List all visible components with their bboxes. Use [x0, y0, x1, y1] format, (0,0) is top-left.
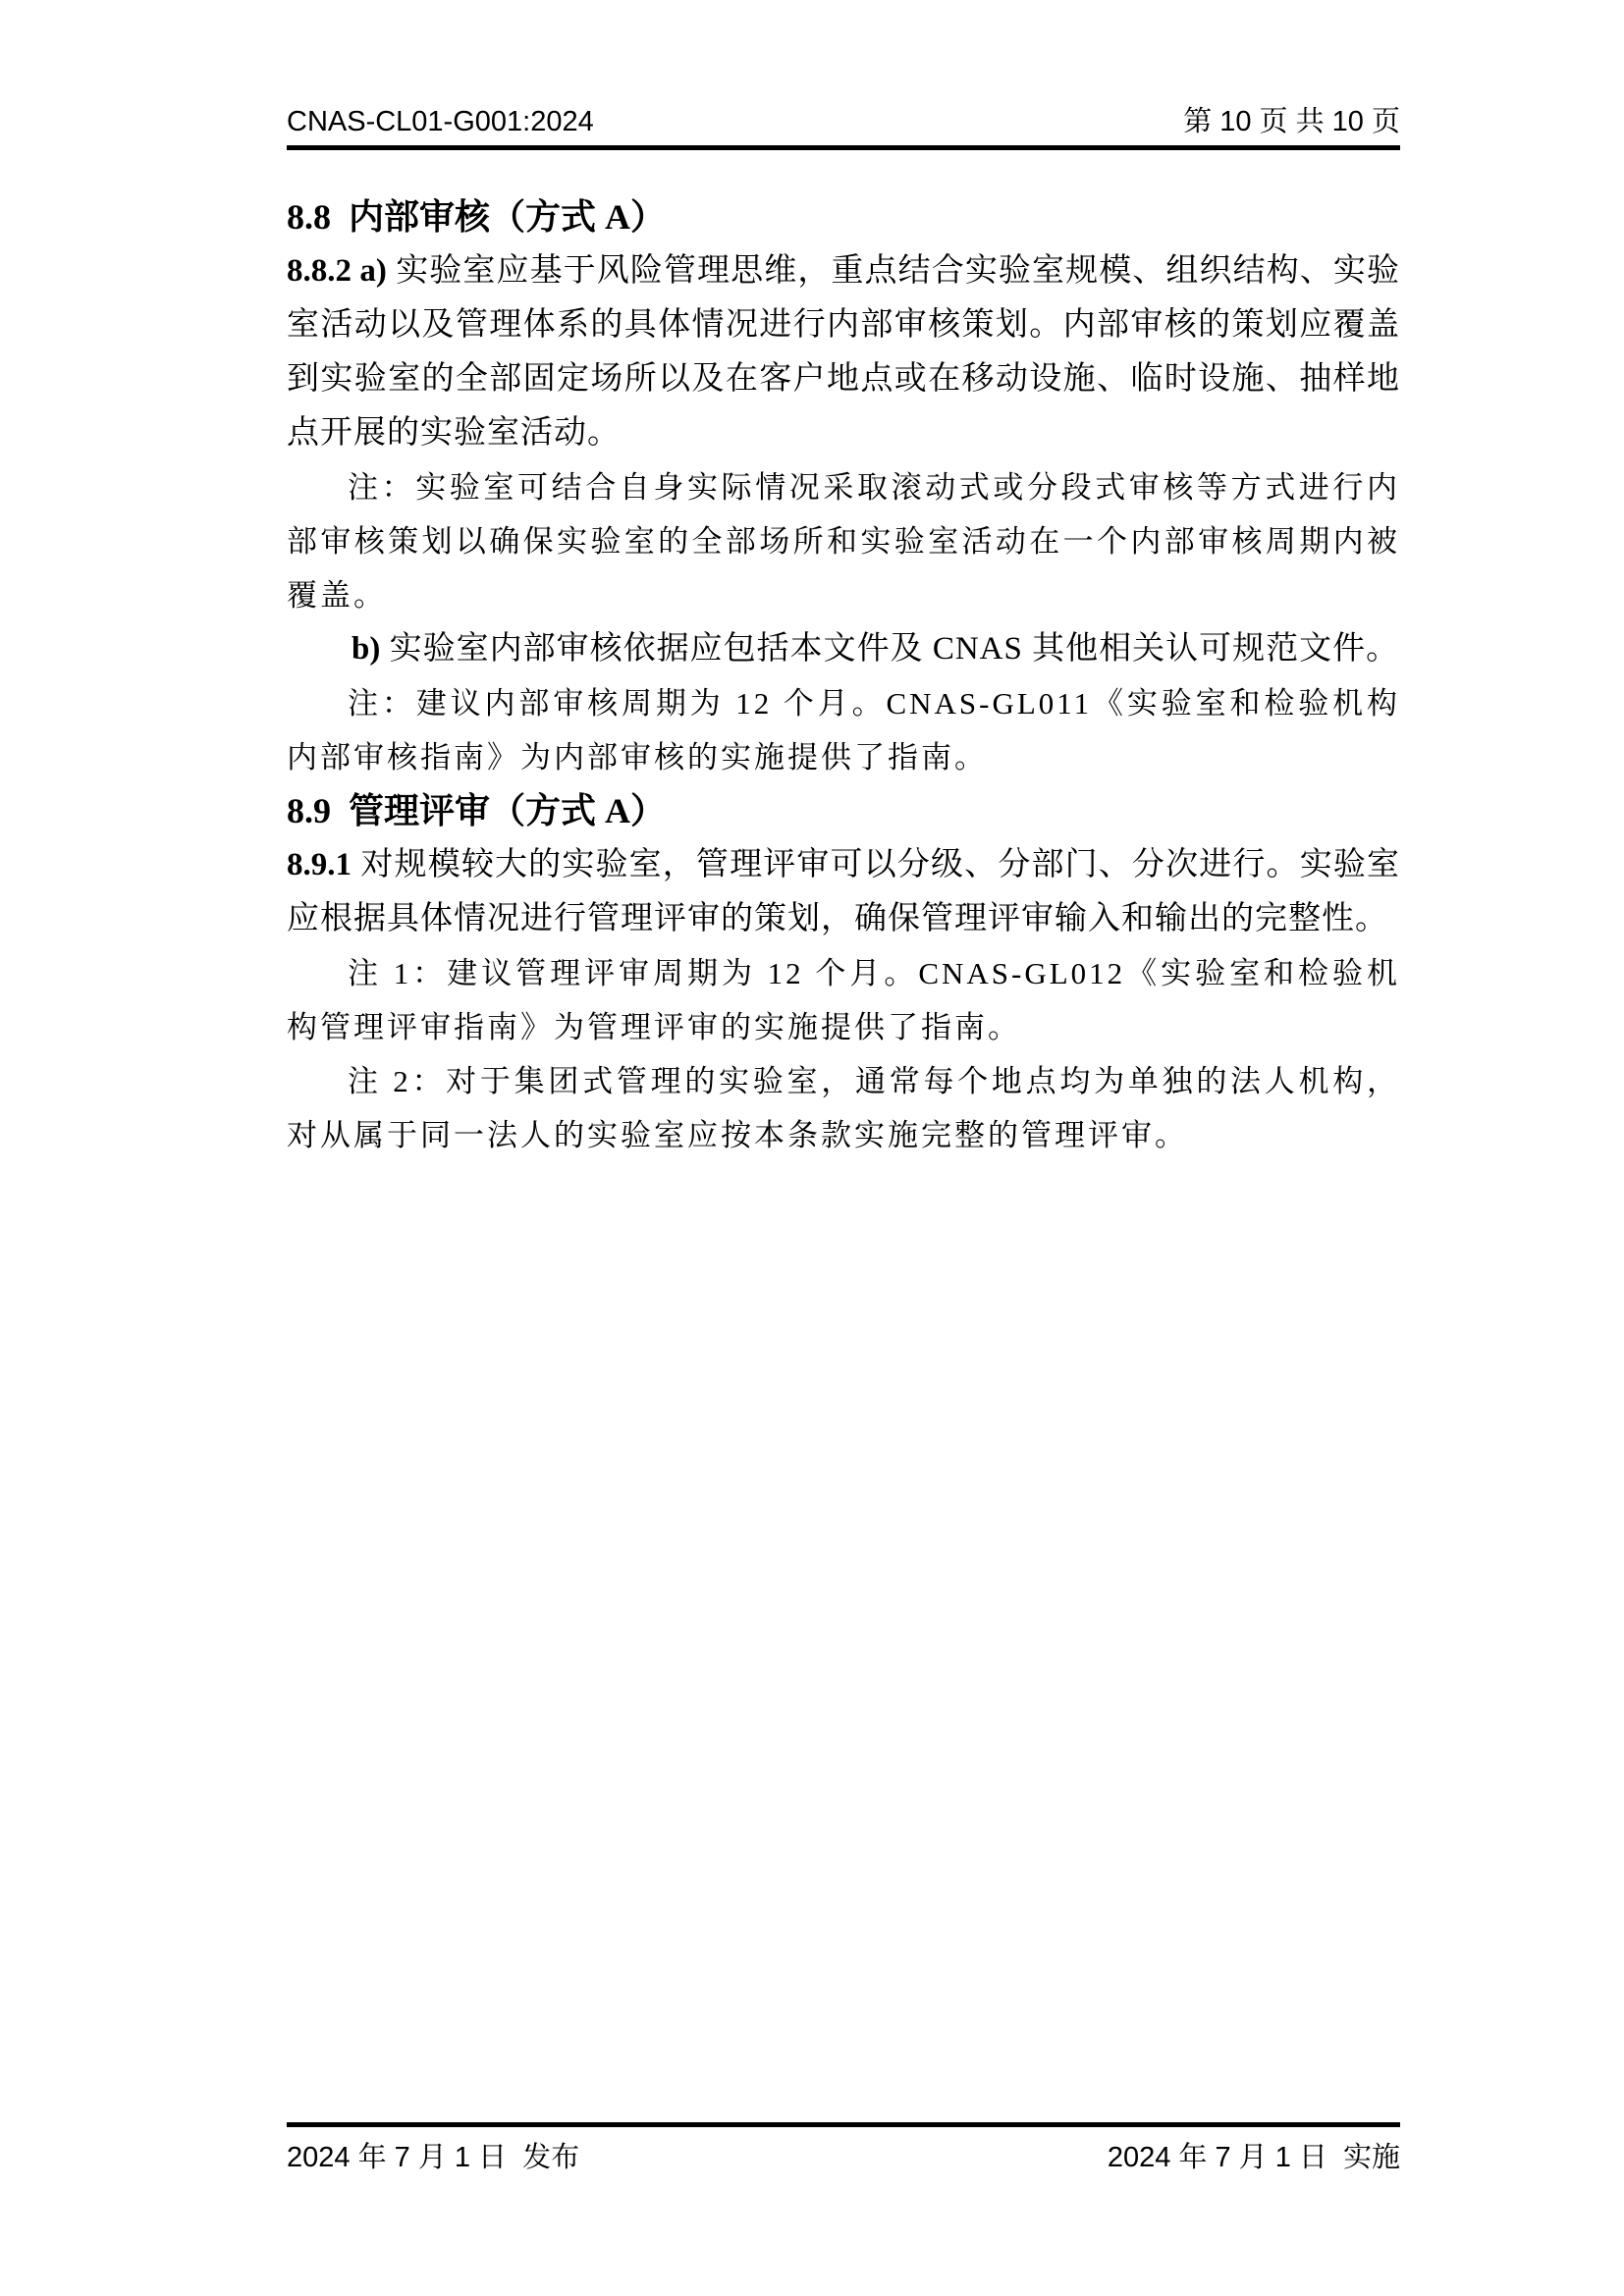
clause-text-8-9-1: 对规模较大的实验室，管理评审可以分级、分部门、分次进行。实验室应根据具体情况进行…: [287, 847, 1400, 936]
footer-rule: [287, 2122, 1400, 2127]
clause-paragraph-b: b) 实验室内部审核依据应包括本文件及 CNAS 其他相关认可规范文件。: [287, 622, 1400, 676]
clause-number-8-9-1: 8.9.1: [287, 847, 352, 882]
section-heading-8-9: 8.9 管理评审（方式 A）: [287, 784, 1400, 838]
note-paragraph-group-labs: 注 2：对于集团式管理的实验室，通常每个地点均为单独的法人机构，对从属于同一法人…: [287, 1054, 1400, 1162]
clause-number-8-8-2a: 8.8.2 a): [287, 253, 387, 289]
page-number-info: 第 10 页 共 10 页: [1183, 104, 1400, 139]
page-footer: 2024 年 7 月 1 日 发布 2024 年 7 月 1 日 实施: [287, 2122, 1400, 2175]
page-header-row: CNAS-CL01-G001:2024 第 10 页 共 10 页: [287, 0, 1400, 139]
release-date: 2024 年 7 月 1 日 发布: [287, 2140, 579, 2175]
document-code: CNAS-CL01-G001:2024: [287, 104, 594, 139]
note-paragraph-internal-audit: 注：实验室可结合自身实际情况采取滚动式或分段式审核等方式进行内部审核策划以确保实…: [287, 460, 1400, 622]
clause-text-b: 实验室内部审核依据应包括本文件及 CNAS 其他相关认可规范文件。: [380, 631, 1399, 667]
clause-text-8-8-2a: 实验室应基于风险管理思维，重点结合实验室规模、组织结构、实验室活动以及管理体系的…: [287, 253, 1400, 451]
note-paragraph-gl012: 注 1：建议管理评审周期为 12 个月。CNAS-GL012《实验室和检验机构管…: [287, 946, 1400, 1054]
section-heading-8-8: 8.8 内部审核（方式 A）: [287, 190, 1400, 244]
clause-paragraph-8-9-1: 8.9.1 对规模较大的实验室，管理评审可以分级、分部门、分次进行。实验室应根据…: [287, 838, 1400, 946]
page-header: CNAS-CL01-G001:2024 第 10 页 共 10 页: [287, 0, 1400, 150]
document-body: 8.8 内部审核（方式 A） 8.8.2 a) 实验室应基于风险管理思维，重点结…: [287, 190, 1400, 1162]
header-rule: [287, 145, 1400, 150]
page-footer-row: 2024 年 7 月 1 日 发布 2024 年 7 月 1 日 实施: [287, 2140, 1400, 2175]
document-page: CNAS-CL01-G001:2024 第 10 页 共 10 页 8.8 内部…: [0, 0, 1624, 2296]
clause-number-b: b): [352, 631, 380, 667]
note-paragraph-gl011: 注：建议内部审核周期为 12 个月。CNAS-GL011《实验室和检验机构内部审…: [287, 676, 1400, 784]
implementation-date: 2024 年 7 月 1 日 实施: [1108, 2140, 1400, 2175]
clause-paragraph-8-8-2a: 8.8.2 a) 实验室应基于风险管理思维，重点结合实验室规模、组织结构、实验室…: [287, 244, 1400, 460]
